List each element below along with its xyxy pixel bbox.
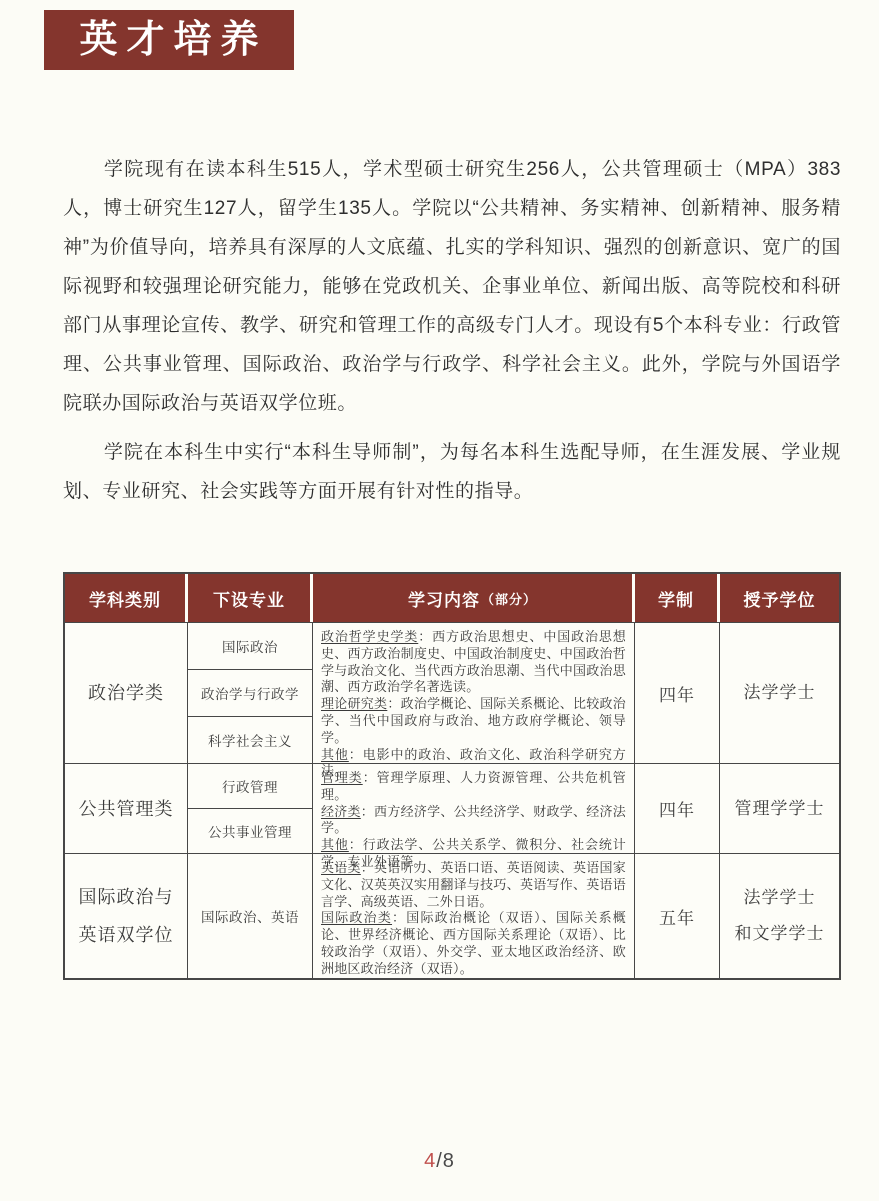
page-number-current: 4 [424,1150,436,1172]
category-cell: 国际政治与英语双学位 [65,854,188,978]
table-row: 政治学类 国际政治 政治学与行政学 科学社会主义 政治哲学史学类：西方政治思想史… [65,623,839,763]
major-cell: 政治学与行政学 [188,670,312,717]
major-cell: 公共事业管理 [188,809,312,853]
content-item: 国际政治类：国际政治概论（双语）、国际关系概论、世界经济概论、西方国际关系理论（… [321,910,626,977]
content-cell: 英语类：英语听力、英语口语、英语阅读、英语国家文化、汉英英汉实用翻译与技巧、英语… [313,854,635,978]
programs-table: 学科类别 下设专业 学习内容 （部分） 学制 授予学位 政治学类 国际政治 政治… [63,572,841,980]
document-page: 英才培养 学院现有在读本科生515人，学术型硕士研究生256人，公共管理硕士（M… [0,0,879,1201]
page-number-total: /8 [436,1150,455,1172]
content-item: 英语类：英语听力、英语口语、英语阅读、英语国家文化、汉英英汉实用翻译与技巧、英语… [321,860,626,910]
content-item: 管理类：管理学原理、人力资源管理、公共危机管理。 [321,770,626,804]
major-cell: 国际政治、英语 [188,854,312,978]
content-item-text: ：英语听力、英语口语、英语阅读、英语国家文化、汉英英汉实用翻译与技巧、英语写作、… [321,860,626,909]
content-category-label: 国际政治类 [321,910,392,925]
header-category: 学科类别 [65,574,188,622]
header-degree: 授予学位 [720,574,839,622]
content-category-label: 其他 [321,837,349,852]
majors-cell-group: 行政管理 公共事业管理 [188,764,313,853]
header-content: 学习内容 （部分） [313,574,635,622]
intro-paragraph-1: 学院现有在读本科生515人，学术型硕士研究生256人，公共管理硕士（MPA）38… [63,150,841,423]
degree-cell: 法学学士 [720,623,839,763]
intro-paragraph-2: 学院在本科生中实行“本科生导师制”，为每名本科生选配导师，在生涯发展、学业规划、… [63,433,841,511]
majors-cell-group: 国际政治、英语 [188,854,313,978]
category-cell: 公共管理类 [65,764,188,853]
header-duration: 学制 [635,574,720,622]
majors-cell-group: 国际政治 政治学与行政学 科学社会主义 [188,623,313,763]
content-item-text: ：西方经济学、公共经济学、财政学、经济法学。 [321,804,626,836]
content-item: 经济类：西方经济学、公共经济学、财政学、经济法学。 [321,804,626,838]
header-content-sub: （部分） [481,589,537,608]
content-cell: 政治哲学史学类：西方政治思想史、中国政治思想史、西方政治制度史、中国政治制度史、… [313,623,635,763]
duration-cell: 五年 [635,854,720,978]
header-content-main: 学习内容 [408,586,480,611]
duration-cell: 四年 [635,623,720,763]
major-cell: 国际政治 [188,623,312,670]
table-header-row: 学科类别 下设专业 学习内容 （部分） 学制 授予学位 [65,574,839,623]
intro-text-block: 学院现有在读本科生515人，学术型硕士研究生256人，公共管理硕士（MPA）38… [63,150,841,521]
section-title: 英才培养 [79,21,267,59]
page-number: 4/8 [0,1150,879,1173]
major-cell: 行政管理 [188,764,312,809]
content-item: 政治哲学史学类：西方政治思想史、中国政治思想史、西方政治制度史、中国政治制度史、… [321,629,626,696]
category-cell: 政治学类 [65,623,188,763]
content-category-label: 其他 [321,747,349,762]
content-category-label: 管理类 [321,770,363,785]
content-category-label: 理论研究类 [321,696,387,711]
degree-cell: 法学学士 和文学学士 [720,854,839,978]
header-majors: 下设专业 [188,574,313,622]
content-item: 理论研究类：政治学概论、国际关系概论、比较政治学、当代中国政府与政治、地方政府学… [321,696,626,746]
content-category-label: 英语类 [321,860,361,875]
degree-cell: 管理学学士 [720,764,839,853]
content-item-text: ：管理学原理、人力资源管理、公共危机管理。 [321,770,626,802]
table-row: 国际政治与英语双学位 国际政治、英语 英语类：英语听力、英语口语、英语阅读、英语… [65,853,839,978]
content-category-label: 政治哲学史学类 [321,629,418,644]
duration-cell: 四年 [635,764,720,853]
content-category-label: 经济类 [321,804,361,819]
section-title-banner: 英才培养 [44,10,294,70]
content-cell: 管理类：管理学原理、人力资源管理、公共危机管理。 经济类：西方经济学、公共经济学… [313,764,635,853]
major-cell: 科学社会主义 [188,717,312,763]
table-row: 公共管理类 行政管理 公共事业管理 管理类：管理学原理、人力资源管理、公共危机管… [65,763,839,853]
